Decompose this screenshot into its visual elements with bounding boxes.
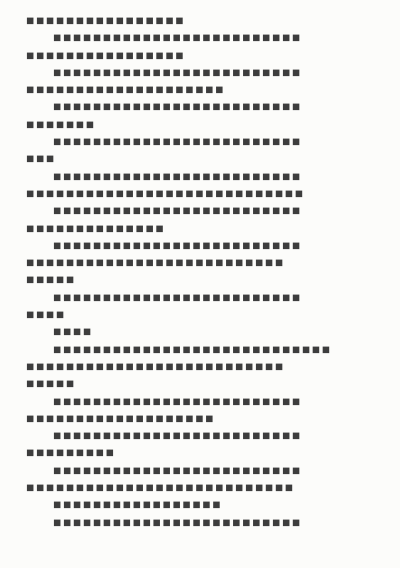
text-line: ■■■■■■■■■■■■■■■■■■■■■■■■■ <box>26 514 374 531</box>
text-line: ■■■■■■■■■■■■■■■■■ <box>26 496 374 513</box>
text-line: ■■■■■■■■■■■■■■■■■■■■■■■■■ <box>26 64 374 81</box>
text-line: ■■■■■■■■■■■■■■■■■■■■■■■■■ <box>26 427 374 444</box>
text-line: ■■■■■■■■■■■■■■■■■■■■■■■■■■■■ <box>26 341 374 358</box>
text-line: ■■■■■■■■■■■■■■■■■■■■■■■■■ <box>26 393 374 410</box>
text-line: ■■■■■■■■■■■■■■■■■■■■■■■■■ <box>26 98 374 115</box>
text-line: ■■■■■■■■■■■■■■■■ <box>26 47 374 64</box>
text-line: ■■■■■ <box>26 271 374 288</box>
text-line: ■■■■ <box>26 323 374 340</box>
text-line: ■■■■■■■■■■■■■■ <box>26 220 374 237</box>
text-line: ■■■■■■■■■■■■■■■■■■■■ <box>26 81 374 98</box>
text-line: ■■■■■■■■■■■■■■■■■■■■■■■■■■■ <box>26 479 374 496</box>
text-line: ■■■■■■■■■■■■■■■■■■■■■■■■■ <box>26 202 374 219</box>
text-line: ■■■■■■■■■■■■■■■■■■■■■■■■■ <box>26 237 374 254</box>
text-line: ■■■■■■■■■■■■■■■■■■■■■■■■■ <box>26 289 374 306</box>
reader-page: ■■■■■■■■■■■■■■■■■■■■■■■■■■■■■■■■■■■■■■■■… <box>0 0 400 568</box>
text-line: ■■■■■■■■■■■■■■■■■■■■■■■■■ <box>26 29 374 46</box>
text-line: ■■■■■■■■■■■■■■■■ <box>26 12 374 29</box>
text-line: ■■■■■ <box>26 375 374 392</box>
text-block: ■■■■■■■■■■■■■■■■■■■■■■■■■■■■■■■■■■■■■■■■… <box>26 12 374 531</box>
text-line: ■■■■■■■■■■■■■■■■■■■■■■■■■■ <box>26 358 374 375</box>
text-line: ■■■■■■■■■■■■■■■■■■■■■■■■■ <box>26 133 374 150</box>
text-line: ■■■ <box>26 150 374 167</box>
text-line: ■■■■■■■■■ <box>26 444 374 461</box>
text-line: ■■■■■■■■■■■■■■■■■■■■■■■■■ <box>26 168 374 185</box>
text-line: ■■■■■■■■■■■■■■■■■■■ <box>26 410 374 427</box>
text-line: ■■■■■■■ <box>26 116 374 133</box>
text-line: ■■■■■■■■■■■■■■■■■■■■■■■■■■ <box>26 254 374 271</box>
text-line: ■■■■■■■■■■■■■■■■■■■■■■■■■ <box>26 462 374 479</box>
text-line: ■■■■■■■■■■■■■■■■■■■■■■■■■■■■ <box>26 185 374 202</box>
text-line: ■■■■ <box>26 306 374 323</box>
